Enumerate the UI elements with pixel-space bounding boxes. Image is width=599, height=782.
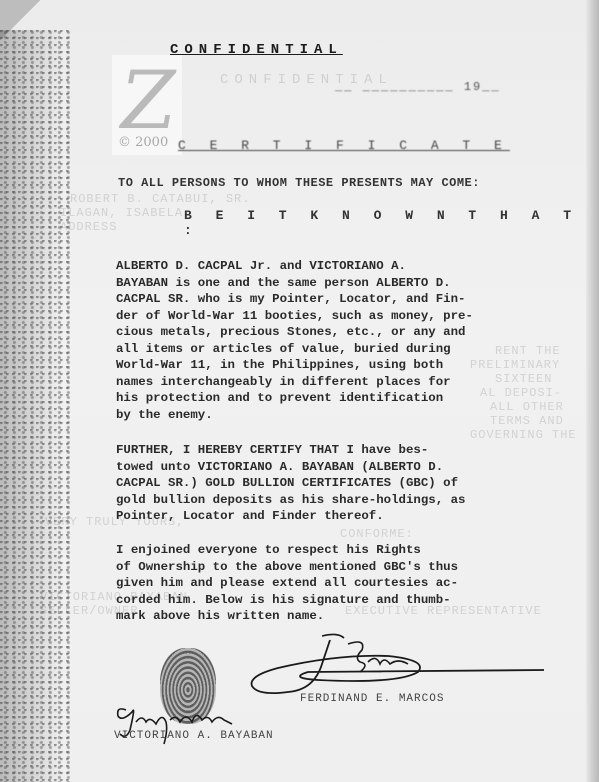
be-it-known-heading: B E I T K N O W N T H A T :: [184, 208, 586, 238]
copyright-watermark: Z © 2000: [112, 55, 182, 155]
bleedthrough-line: ROBERT B. CATABUI, SR.: [70, 192, 250, 206]
scan-noise-left-margin: [0, 30, 70, 782]
salutation: TO ALL PERSONS TO WHOM THESE PRESENTS MA…: [118, 176, 480, 190]
bleedthrough-line: GOVERNING THE: [470, 428, 577, 442]
signatory-name: FERDINAND E. MARCOS: [300, 693, 444, 705]
watermark-logo-icon: Z: [113, 61, 183, 141]
recipient-name: VICTORIANO A. BAYABAN: [114, 730, 274, 742]
body-paragraph-3: I enjoined everyone to respect his Right…: [116, 542, 556, 625]
watermark-copyright: © 2000: [118, 135, 168, 150]
document-subheading: C E R T I F I C A T E: [178, 138, 510, 153]
bleedthrough-line: ILAGAN, ISABELA: [60, 206, 183, 220]
body-paragraph-1: ALBERTO D. CACPAL Jr. and VICTORIANO A. …: [116, 258, 556, 423]
scanner-edge: [586, 0, 599, 782]
bayaban-signature-icon: [112, 700, 272, 750]
body-paragraph-2: FURTHER, I HEREBY CERTIFY THAT I have be…: [116, 442, 556, 525]
document-heading: CONFIDENTIAL: [170, 42, 343, 58]
bleedthrough-line: ADDRESS: [60, 220, 117, 234]
bleedthrough-line: CONFORME:: [340, 527, 414, 541]
document-date: __ __________ 19__: [335, 80, 501, 94]
document-page: CONFIDENTIAL ROBERT B. CATABUI, SR. ILAG…: [0, 0, 586, 782]
